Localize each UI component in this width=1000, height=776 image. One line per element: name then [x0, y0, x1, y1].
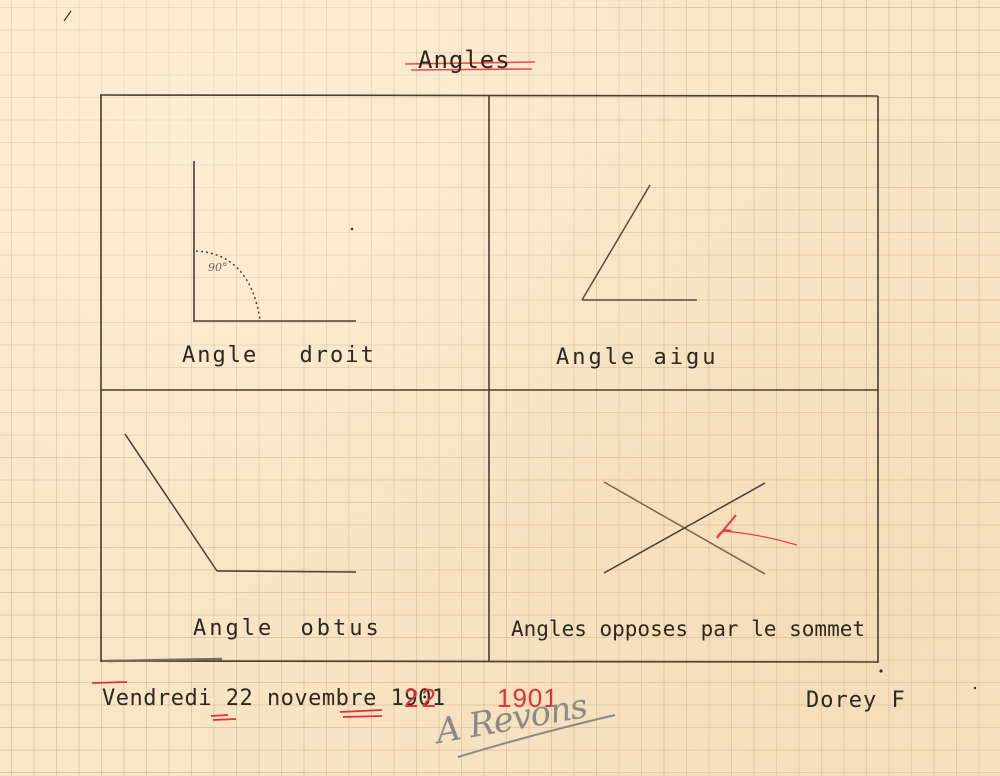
red-check-mark	[717, 515, 736, 538]
label-obtuse-angle: Angle obtus	[193, 616, 382, 641]
right-angle-figure	[194, 161, 356, 322]
label-opposite-angles: Angles opposes par le sommet	[511, 617, 865, 641]
page-title: Angles	[418, 46, 511, 74]
label-right-angle: Angle droit	[182, 343, 376, 368]
opposite-angles-figure	[604, 482, 797, 574]
geometry-drawings	[0, 0, 1000, 776]
red-day-number: 22	[404, 683, 439, 714]
student-name: Dorey F	[806, 688, 906, 713]
date-line: Vendredi 22 novembre 1901	[102, 686, 446, 711]
obtuse-angle-figure	[125, 434, 356, 572]
acute-angle-figure	[582, 185, 697, 300]
stray-mark	[64, 11, 71, 21]
main-frame	[100, 95, 878, 663]
red-arrow-line	[723, 531, 797, 545]
label-acute-angle: Angle aigu	[556, 345, 718, 370]
right-angle-degree-label: 90°	[208, 261, 228, 274]
